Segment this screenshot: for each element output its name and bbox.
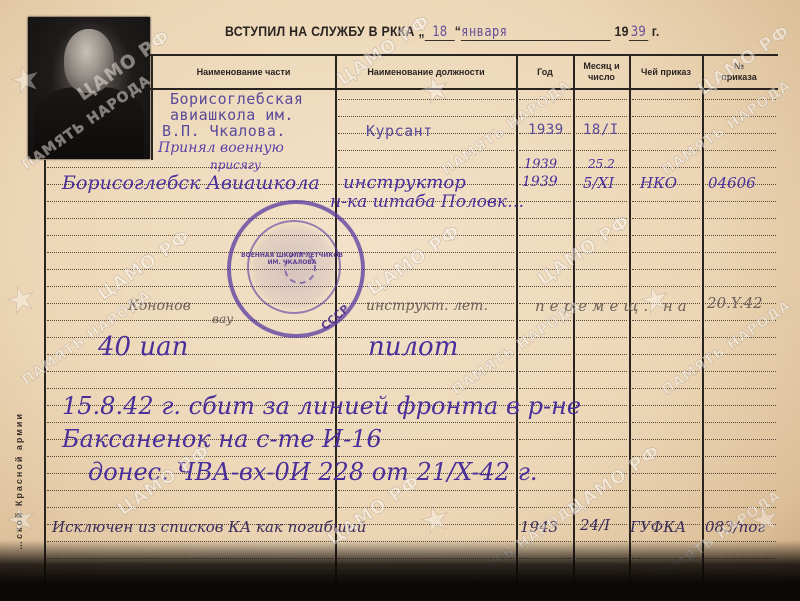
ruled-line — [47, 388, 333, 389]
ruled-line — [519, 218, 571, 219]
ruled-line — [519, 235, 571, 236]
ruled-line — [519, 99, 571, 100]
ruled-line — [632, 167, 700, 168]
ruled-line — [632, 150, 700, 151]
watermark-star-icon: ★ — [635, 277, 675, 324]
ruled-line — [519, 388, 571, 389]
ruled-line — [576, 218, 627, 219]
ruled-line — [519, 490, 571, 491]
ruled-line — [576, 150, 627, 151]
col-header-date: Месяц и число — [574, 57, 629, 87]
ruled-line — [519, 422, 571, 423]
ruled-line — [576, 286, 627, 287]
ruled-line — [632, 116, 700, 117]
watermark-tsamo: ЦАМО РФ — [364, 221, 465, 300]
ruled-line — [47, 354, 333, 355]
ruled-line — [519, 286, 571, 287]
entry1-unit-line3: В.П. Чкалова. — [162, 122, 286, 140]
service-start-heading: ВСТУПИЛ НА СЛУЖБУ В РККА „18“января 1939… — [225, 23, 660, 41]
ruled-line — [338, 388, 514, 389]
entry2-unit: Борисоглебск Авиашкола — [62, 172, 320, 194]
entry1-position: Курсант — [366, 122, 433, 140]
ruled-line — [632, 133, 700, 134]
ruled-line — [576, 252, 627, 253]
col-header-order-no: № приказа — [703, 57, 775, 87]
ruled-line — [576, 235, 627, 236]
entry2-date: 5/XI — [583, 174, 614, 192]
ruled-line — [632, 456, 700, 457]
ruled-line — [705, 252, 776, 253]
ruled-line — [338, 116, 514, 117]
ruled-line — [519, 150, 571, 151]
ruled-line — [519, 252, 571, 253]
ruled-line — [576, 405, 627, 406]
entry1-year: 1939 — [528, 122, 564, 138]
photo-body — [34, 87, 144, 159]
ruled-line — [705, 405, 776, 406]
entry3-unit: Кононов — [128, 298, 191, 314]
ruled-line — [705, 201, 776, 202]
ruled-line — [705, 490, 776, 491]
ruled-line — [632, 507, 700, 508]
ruled-line — [576, 473, 627, 474]
start-day: 18 — [432, 24, 447, 40]
portrait-photo — [28, 17, 150, 159]
watermark-tsamo: ЦАМО РФ — [94, 226, 195, 305]
ruled-line — [576, 490, 627, 491]
col-divider-3 — [573, 54, 575, 600]
ruled-line — [576, 201, 627, 202]
ruled-line — [519, 371, 571, 372]
exclusion-order-by: ГУФКА — [630, 518, 686, 536]
exclusion-date: 24/I — [580, 516, 610, 534]
ruled-line — [47, 507, 333, 508]
ruled-line — [576, 388, 627, 389]
ruled-line — [576, 507, 627, 508]
watermark-tsamo: ЦАМО РФ — [564, 441, 665, 520]
ruled-line — [576, 337, 627, 338]
ruled-line — [705, 456, 776, 457]
col-header-order-by: Чей приказ — [630, 57, 702, 87]
ruled-line — [632, 337, 700, 338]
col-divider-5 — [702, 54, 704, 600]
ruled-line — [47, 422, 333, 423]
entry3-order-no: 20.Y.42 — [707, 294, 763, 312]
ruled-line — [338, 456, 514, 457]
ruled-line — [705, 473, 776, 474]
ruled-line — [705, 150, 776, 151]
ruled-line — [632, 405, 700, 406]
oath-note-line1: Принял военную — [158, 140, 284, 156]
start-year: 39 — [631, 24, 646, 40]
ruled-line — [338, 235, 514, 236]
watermark-star-icon: ★ — [415, 497, 455, 544]
exclusion-remark: Исключен из списков КА как погибший — [52, 518, 366, 536]
entry4-unit: 40 иап — [98, 332, 188, 362]
entry3-position: инструкт. лет. — [366, 298, 488, 314]
ruled-line — [705, 218, 776, 219]
ruled-line — [338, 286, 514, 287]
oath-note-line2: присягу — [210, 158, 261, 172]
ruled-line — [632, 201, 700, 202]
col-header-unit: Наименование части — [152, 57, 335, 87]
ruled-line — [338, 371, 514, 372]
entry1-date: 18/I — [583, 122, 619, 138]
ruled-line — [705, 337, 776, 338]
ruled-line — [338, 422, 514, 423]
ruled-line — [705, 116, 776, 117]
watermark-tsamo: ЦАМО РФ — [534, 211, 635, 290]
seal-inner-ring — [247, 220, 341, 314]
ruled-line — [576, 269, 627, 270]
photo-head — [64, 29, 114, 93]
ruled-line — [632, 439, 700, 440]
year-prefix: 19 — [614, 23, 628, 39]
ruled-line — [338, 167, 514, 168]
ruled-line — [632, 354, 700, 355]
ruled-line — [632, 269, 700, 270]
ruled-line — [705, 269, 776, 270]
ruled-line — [47, 456, 333, 457]
ruled-line — [705, 388, 776, 389]
seal-ring-text: ВОЕННАЯ ШКОЛА ЛЕТЧИКОВ ИМ. ЧКАЛОВА — [237, 252, 347, 266]
ruled-line — [338, 490, 514, 491]
ruled-line — [705, 286, 776, 287]
ruled-line — [705, 422, 776, 423]
entry2-order-by: НКО — [640, 174, 677, 192]
remark-line2: Баксаненок на с-те И-16 — [62, 425, 382, 453]
ruled-line — [576, 439, 627, 440]
ruled-line — [632, 320, 700, 321]
ruled-line — [576, 320, 627, 321]
ruled-line — [519, 354, 571, 355]
ruled-line — [519, 269, 571, 270]
heading-label: ВСТУПИЛ НА СЛУЖБУ В РККА — [225, 23, 415, 39]
entry2-order-no: 04606 — [708, 174, 756, 192]
ruled-line — [632, 99, 700, 100]
entry3-unit-sub: вау — [212, 312, 233, 326]
ruled-line — [576, 99, 627, 100]
ruled-line — [519, 337, 571, 338]
ruled-line — [632, 371, 700, 372]
ruled-line — [632, 388, 700, 389]
exclusion-year: 1943 — [520, 518, 558, 536]
ruled-line — [705, 167, 776, 168]
ruled-line — [338, 320, 514, 321]
ruled-line — [705, 133, 776, 134]
ruled-line — [519, 439, 571, 440]
watermark-pamyat: ПАМЯТЬ НАРОДА — [659, 77, 794, 178]
official-seal-stamp: ВОЕННАЯ ШКОЛА ЛЕТЧИКОВ ИМ. ЧКАЛОВА СССР — [227, 200, 365, 338]
remark-line1: 15.8.42 г. сбит за линией фронта в р-не — [62, 392, 581, 420]
watermark-star-icon: ★ — [1, 277, 41, 324]
ruled-line — [632, 218, 700, 219]
ruled-line — [338, 218, 514, 219]
ruled-line — [705, 439, 776, 440]
entry2-position: инструктор — [343, 172, 466, 193]
start-month: января — [461, 24, 507, 40]
ruled-line — [519, 507, 571, 508]
ruled-line — [576, 371, 627, 372]
ruled-line — [705, 235, 776, 236]
ruled-line — [632, 473, 700, 474]
ruled-line — [576, 354, 627, 355]
ruled-line — [632, 422, 700, 423]
ruled-line — [576, 422, 627, 423]
entry2-position-cont: н-ка штаба Половк… — [330, 192, 524, 212]
ruled-line — [47, 490, 333, 491]
col-header-year: Год — [517, 57, 573, 87]
entry4-position: пилот — [368, 332, 458, 362]
watermark-star-icon: ★ — [745, 497, 785, 544]
ruled-line — [519, 116, 571, 117]
ruled-line — [705, 99, 776, 100]
oath-year: 1939 — [524, 157, 557, 172]
ruled-line — [47, 167, 333, 168]
ruled-line — [705, 371, 776, 372]
ruled-line — [705, 320, 776, 321]
ruled-line — [338, 252, 514, 253]
watermark-star-icon: ★ — [1, 497, 41, 544]
bottom-shadow — [0, 540, 800, 601]
ruled-line — [519, 456, 571, 457]
table-left-border — [44, 160, 46, 600]
record-card: ВСТУПИЛ НА СЛУЖБУ В РККА „18“января 1939… — [0, 0, 800, 601]
ruled-line — [576, 456, 627, 457]
ruled-line — [632, 490, 700, 491]
ruled-line — [632, 252, 700, 253]
table-top-rule — [150, 54, 778, 56]
oath-date: 25.2 — [588, 157, 615, 171]
entry2-year: 1939 — [522, 174, 558, 190]
col-divider-2 — [516, 54, 518, 600]
ruled-line — [519, 201, 571, 202]
year-unit: г. — [652, 23, 660, 39]
remark-line3: донес. ЧВА-вх-0И 228 от 21/X-42 г. — [88, 458, 537, 486]
ruled-line — [47, 371, 333, 372]
ruled-line — [632, 235, 700, 236]
ruled-line — [576, 116, 627, 117]
ruled-line — [338, 150, 514, 151]
ruled-line — [519, 320, 571, 321]
ruled-line — [705, 354, 776, 355]
